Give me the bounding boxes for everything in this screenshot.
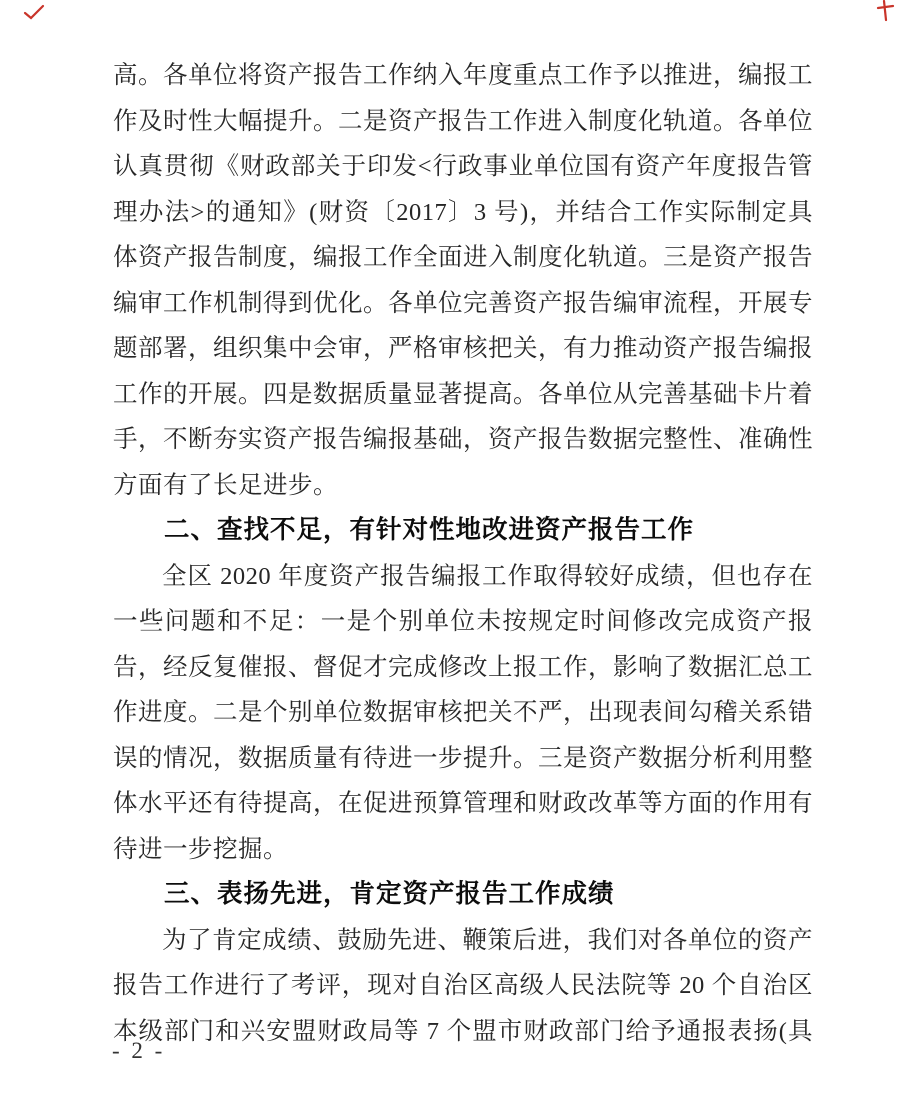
text-line: 报告工作进行了考评，现对自治区高级人民法院等 20 个自治区	[113, 963, 813, 1009]
red-pen-mark-top-right	[874, 0, 898, 22]
text-line: 手，不断夯实资产报告编报基础，资产报告数据完整性、准确性	[113, 417, 813, 463]
text-line: 本级部门和兴安盟财政局等 7 个盟市财政部门给予通报表扬(具	[113, 1009, 813, 1055]
red-pen-mark-top-left	[22, 3, 46, 21]
text-line: 方面有了长足进步。	[113, 463, 813, 509]
text-line: 认真贯彻《财政部关于印发<行政事业单位国有资产年度报告管	[113, 144, 813, 190]
text-line: 题部署，组织集中会审，严格审核把关，有力推动资产报告编报	[113, 326, 813, 372]
text-line: 体资产报告制度，编报工作全面进入制度化轨道。三是资产报告	[113, 235, 813, 281]
text-line: 一些问题和不足：一是个别单位未按规定时间修改完成资产报	[113, 599, 813, 645]
text-line: 为了肯定成绩、鼓励先进、鞭策后进，我们对各单位的资产	[113, 918, 813, 964]
text-line: 待进一步挖掘。	[113, 827, 813, 873]
text-line: 理办法>的通知》(财资〔2017〕3 号)，并结合工作实际制定具	[113, 190, 813, 236]
text-line: 误的情况，数据质量有待进一步提升。三是资产数据分析利用整	[113, 736, 813, 782]
text-line: 体水平还有待提高，在促进预算管理和财政改革等方面的作用有	[113, 781, 813, 827]
document-page: 高。各单位将资产报告工作纳入年度重点工作予以推进，编报工作及时性大幅提升。二是资…	[0, 0, 907, 1116]
text-line: 工作的开展。四是数据质量显著提高。各单位从完善基础卡片着	[113, 372, 813, 418]
page-number: - 2 -	[112, 1038, 165, 1064]
text-line: 作进度。二是个别单位数据审核把关不严，出现表间勾稽关系错	[113, 690, 813, 736]
text-line: 作及时性大幅提升。二是资产报告工作进入制度化轨道。各单位	[113, 99, 813, 145]
section-heading: 三、表扬先进，肯定资产报告工作成绩	[113, 872, 813, 918]
text-line: 编审工作机制得到优化。各单位完善资产报告编审流程，开展专	[113, 281, 813, 327]
text-line: 告，经反复催报、督促才完成修改上报工作，影响了数据汇总工	[113, 645, 813, 691]
text-line: 高。各单位将资产报告工作纳入年度重点工作予以推进，编报工	[113, 53, 813, 99]
section-heading: 二、查找不足，有针对性地改进资产报告工作	[113, 508, 813, 554]
text-line: 全区 2020 年度资产报告编报工作取得较好成绩，但也存在	[113, 554, 813, 600]
document-body: 高。各单位将资产报告工作纳入年度重点工作予以推进，编报工作及时性大幅提升。二是资…	[113, 53, 813, 1054]
